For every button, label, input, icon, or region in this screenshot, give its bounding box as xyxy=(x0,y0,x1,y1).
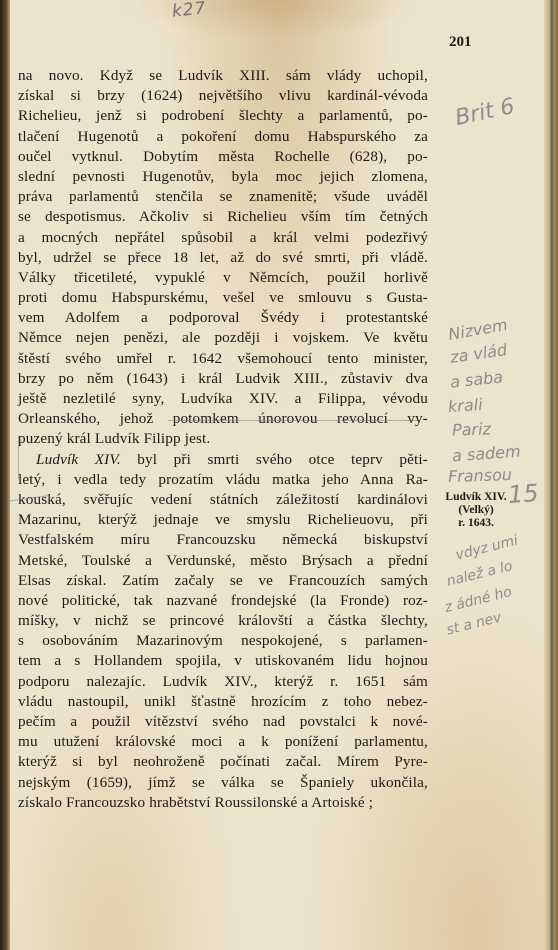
pencil-note-line: za vlád xyxy=(449,340,508,367)
text-line: Elsas získal. Zatím začaly se ve Francou… xyxy=(18,571,428,591)
text-line: a mocných nepřátel spůsobil a král velmi… xyxy=(18,228,428,248)
text-line: ještě nezletilé syny, Ludvíka XIV. a Fil… xyxy=(18,389,428,409)
text-line: vládu nastoupil, unikl šťastně hrozícím … xyxy=(18,692,428,712)
sidenote-line: (Velký) xyxy=(437,504,515,517)
pencil-top-mark: k27 xyxy=(171,0,207,22)
text-line: na novo. Když se Ludvík XIII. sám vlády … xyxy=(18,66,428,86)
text-line: nejským (1659), jímž se válka se Španiel… xyxy=(18,773,428,793)
text-line: tlačení Hugenotů a pokoření domu Habspur… xyxy=(18,127,428,147)
text-line: kterýž si byl neohroženě počínati začal.… xyxy=(18,752,428,772)
text-line: získalo Francouzsko hrabětství Roussilon… xyxy=(18,793,428,813)
text-line: nové politické, tak nazvané frondejské (… xyxy=(18,591,428,611)
text-line: tem a s Hollandem spojila, v utiskovaném… xyxy=(18,651,428,671)
text-line: oučel vytknul. Dobytím města Rochelle (6… xyxy=(18,147,428,167)
pencil-note-line: Nizvem xyxy=(447,315,509,344)
text-line: mu utužení královské moci a k ponížení p… xyxy=(18,732,428,752)
pencil-note-line: z ádné ho xyxy=(443,584,513,616)
binding-gutter xyxy=(0,0,10,950)
pencil-bracket xyxy=(18,437,19,479)
pencil-note-line: a sadem xyxy=(451,442,521,466)
pencil-underline xyxy=(168,420,418,461)
text-line: byl, udržel se přece 18 let, až do své s… xyxy=(18,248,428,268)
text-line: Richelieu, jenž si podrobení šlechty a p… xyxy=(18,106,428,126)
text-line: Mazarinu, kterýž jednaje ve smyslu Riche… xyxy=(18,510,428,530)
sidenote-line: Ludvík XIV. xyxy=(437,491,515,504)
text-line: proti domu Habspurskému, vešel ve smlouv… xyxy=(18,288,428,308)
text-line: štěstí svého umřel r. 1642 všemohoucí te… xyxy=(18,349,428,369)
text-line: pečím a použil vítězství svého nad povst… xyxy=(18,712,428,732)
text-line: míšky, v nichž se princové královští a č… xyxy=(18,611,428,631)
paper-stain xyxy=(120,0,420,40)
text-line: slední pevnosti Hugenotův, byla moc jeji… xyxy=(18,167,428,187)
pencil-note-line: Fransou xyxy=(448,465,513,486)
text-line: podporu nalezajíc. Ludvík XIV., kterýž r… xyxy=(18,672,428,692)
text-line: vem Adolfem a podporoval Švédy i protest… xyxy=(18,308,428,328)
text-line: práva parlamentů stenčila se znamenitě; … xyxy=(18,187,428,207)
text-line: brzy po něm (1643) i král Ludvik XIII., … xyxy=(18,369,428,389)
margin-sidenote: Ludvík XIV. (Velký) r. 1643. xyxy=(437,491,515,530)
text-line: Němce nejen penězi, ale později i vojske… xyxy=(18,328,428,348)
pencil-note-line: Pariz xyxy=(452,419,492,439)
text-line: letý, i vedla tedy prozatím vládu matka … xyxy=(18,470,428,490)
italic-name: Ludvík XIV. xyxy=(36,451,121,468)
sidenote-line: r. 1643. xyxy=(437,517,515,530)
page-edge xyxy=(544,0,558,950)
text-line: získal si brzy (1624) největšího vlivu k… xyxy=(18,86,428,106)
text-line: Metské, Toulské a Verdunské, město Brýsa… xyxy=(18,551,428,571)
book-page: k27 201 na novo. Když se Ludvík XIII. sá… xyxy=(0,0,558,950)
pencil-note-top-right: Brit 6 xyxy=(453,94,517,131)
text-line: Války třicetileté, vypuklé v Němcích, po… xyxy=(18,268,428,288)
text-line: se despotismus. Ačkoliv si Richelieu vší… xyxy=(18,207,428,227)
pencil-mark-15: 15 xyxy=(507,479,539,509)
text-line: Vestfalském míru Francouzsku německá bis… xyxy=(18,530,428,550)
text-line: kouská, svěřujíc vedení státních záležit… xyxy=(18,490,428,510)
pencil-note-line: a saba xyxy=(449,367,504,391)
text-line: s osobováním Mazarinovým nespokojené, s … xyxy=(18,631,428,651)
pencil-note-line: krali xyxy=(447,395,483,416)
page-number: 201 xyxy=(449,34,472,51)
